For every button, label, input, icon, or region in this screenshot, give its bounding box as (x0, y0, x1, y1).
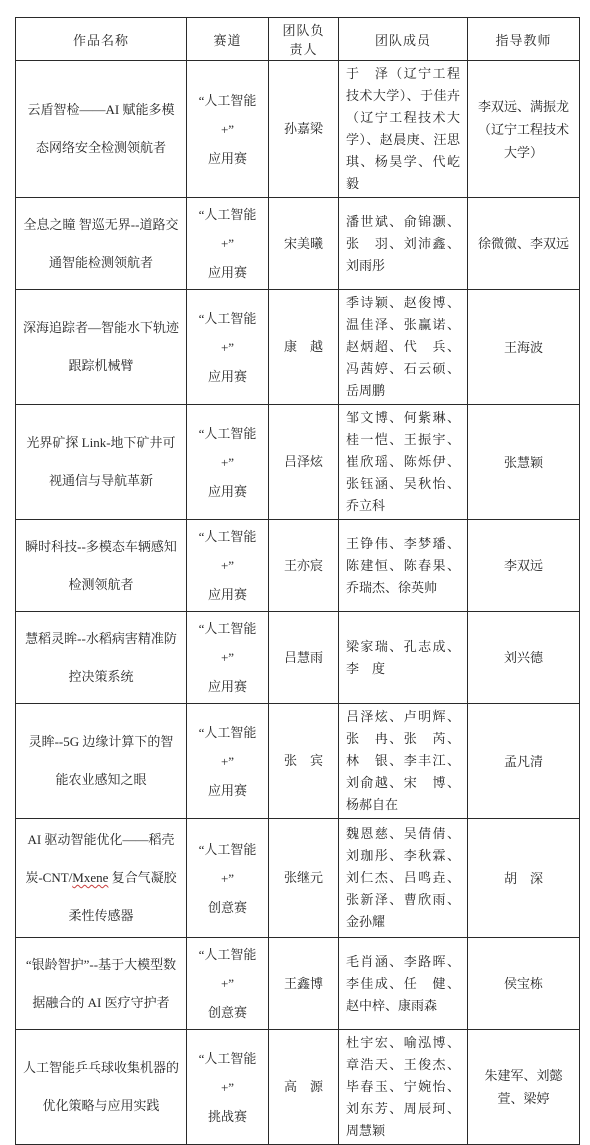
team-members-cell: 潘世斌、俞锦灏、张 羽、刘沛鑫、刘雨彤 (339, 198, 468, 290)
track-line: “人工智能+” (194, 614, 261, 672)
team-leader-cell: 张 宾 (269, 704, 339, 819)
work-name-cell: 慧稻灵眸--水稻病害精准防控决策系统 (16, 612, 187, 704)
track-line: “人工智能+” (194, 1044, 261, 1102)
table-row: 全息之瞳 智巡无界--道路交通智能检测领航者“人工智能+”应用赛宋美曦潘世斌、俞… (16, 198, 580, 290)
work-name-cell: 瞬时科技--多模态车辆感知检测领航者 (16, 520, 187, 612)
track-cell: “人工智能+”创意赛 (187, 819, 269, 938)
track-line: 创意赛 (194, 998, 261, 1027)
column-header-track: 赛道 (187, 18, 269, 61)
work-name-cell: 人工智能乒乓球收集机器的优化策略与应用实践 (16, 1030, 187, 1145)
track-line: 应用赛 (194, 144, 261, 173)
track-line: 应用赛 (194, 776, 261, 805)
track-cell: “人工智能+”应用赛 (187, 704, 269, 819)
team-members-cell: 吕泽炫、卢明辉、张 冉、张 芮、林 银、李丰江、刘俞越、宋 博、杨郝自在 (339, 704, 468, 819)
track-cell: “人工智能+”应用赛 (187, 405, 269, 520)
track-line: “人工智能+” (194, 835, 261, 893)
team-leader-cell: 王鑫博 (269, 938, 339, 1030)
track-line: “人工智能+” (194, 419, 261, 477)
team-leader-cell: 宋美曦 (269, 198, 339, 290)
track-cell: “人工智能+”应用赛 (187, 61, 269, 198)
advisor-cell: 胡 深 (468, 819, 580, 938)
work-name-cell: 全息之瞳 智巡无界--道路交通智能检测领航者 (16, 198, 187, 290)
table-row: “银龄智护”--基于大模型数据融合的 AI 医疗守护者“人工智能+”创意赛王鑫博… (16, 938, 580, 1030)
table-row: 慧稻灵眸--水稻病害精准防控决策系统“人工智能+”应用赛吕慧雨梁家瑞、孔志成、李… (16, 612, 580, 704)
table-row: 人工智能乒乓球收集机器的优化策略与应用实践“人工智能+”挑战赛高 源杜宇宏、喻泓… (16, 1030, 580, 1145)
team-members-cell: 毛肖涵、李路晖、李佳成、任 健、赵中梓、康雨森 (339, 938, 468, 1030)
track-line: “人工智能+” (194, 522, 261, 580)
advisor-cell: 朱建军、刘懿萱、梁婷 (468, 1030, 580, 1145)
column-header-team-leader: 团队负责人 (269, 18, 339, 61)
track-cell: “人工智能+”应用赛 (187, 612, 269, 704)
track-line: “人工智能+” (194, 304, 261, 362)
work-name-cell: AI 驱动智能优化——稻壳炭-CNT/Mxene 复合气凝胶柔性传感器 (16, 819, 187, 938)
work-name-cell: 灵眸--5G 边缘计算下的智能农业感知之眼 (16, 704, 187, 819)
team-members-cell: 梁家瑞、孔志成、李 度 (339, 612, 468, 704)
team-members-cell: 杜宇宏、喻泓博、章浩天、王俊杰、毕春玉、宁婉怡、刘东芳、周辰珂、周慧颖 (339, 1030, 468, 1145)
team-members-cell: 王铮伟、李梦璠、陈建恒、陈春果、乔瑞杰、徐英帅 (339, 520, 468, 612)
table-row: 灵眸--5G 边缘计算下的智能农业感知之眼“人工智能+”应用赛张 宾吕泽炫、卢明… (16, 704, 580, 819)
team-leader-cell: 吕慧雨 (269, 612, 339, 704)
track-cell: “人工智能+”挑战赛 (187, 1030, 269, 1145)
track-cell: “人工智能+”应用赛 (187, 198, 269, 290)
track-line: “人工智能+” (194, 940, 261, 998)
team-members-cell: 邹文博、何紫琳、桂一恺、王振宇、崔欣瑶、陈烁伊、张钰涵、吴秋怡、乔立科 (339, 405, 468, 520)
track-line: 创意赛 (194, 893, 261, 922)
table-row: 瞬时科技--多模态车辆感知检测领航者“人工智能+”应用赛王亦宸王铮伟、李梦璠、陈… (16, 520, 580, 612)
track-line: 应用赛 (194, 258, 261, 287)
work-name-cell: 光界矿探 Link-地下矿井可视通信与导航革新 (16, 405, 187, 520)
table-row: 云盾智检——AI 赋能多模态网络安全检测领航者“人工智能+”应用赛孙嘉梁于 泽（… (16, 61, 580, 198)
team-leader-cell: 康 越 (269, 290, 339, 405)
track-line: 应用赛 (194, 477, 261, 506)
table-row: 光界矿探 Link-地下矿井可视通信与导航革新“人工智能+”应用赛吕泽炫邹文博、… (16, 405, 580, 520)
work-name-cell: 云盾智检——AI 赋能多模态网络安全检测领航者 (16, 61, 187, 198)
team-leader-cell: 吕泽炫 (269, 405, 339, 520)
track-line: 应用赛 (194, 672, 261, 701)
advisor-cell: 李双远、满振龙（辽宁工程技术大学） (468, 61, 580, 198)
track-cell: “人工智能+”应用赛 (187, 290, 269, 405)
advisor-cell: 王海波 (468, 290, 580, 405)
work-name-cell: 深海追踪者—智能水下轨迹跟踪机械臂 (16, 290, 187, 405)
team-leader-cell: 孙嘉梁 (269, 61, 339, 198)
column-header-team-members: 团队成员 (339, 18, 468, 61)
team-leader-cell: 高 源 (269, 1030, 339, 1145)
column-header-advisor: 指导教师 (468, 18, 580, 61)
track-line: 挑战赛 (194, 1102, 261, 1131)
work-name-cell: “银龄智护”--基于大模型数据融合的 AI 医疗守护者 (16, 938, 187, 1030)
advisor-cell: 张慧颖 (468, 405, 580, 520)
team-members-cell: 于 泽（辽宁工程技术大学）、于佳卉（辽宁工程技术大学）、赵晨庚、汪思琪、杨昊学、… (339, 61, 468, 198)
table-row: 深海追踪者—智能水下轨迹跟踪机械臂“人工智能+”应用赛康 越季诗颖、赵俊博、温佳… (16, 290, 580, 405)
track-cell: “人工智能+”创意赛 (187, 938, 269, 1030)
table-header-row: 作品名称 赛道 团队负责人 团队成员 指导教师 (16, 18, 580, 61)
advisor-cell: 孟凡清 (468, 704, 580, 819)
advisor-cell: 李双远 (468, 520, 580, 612)
team-leader-cell: 王亦宸 (269, 520, 339, 612)
advisor-cell: 徐微微、李双远 (468, 198, 580, 290)
track-line: 应用赛 (194, 580, 261, 609)
misspelled-word: Mxene (72, 870, 108, 885)
competition-roster-table: 作品名称 赛道 团队负责人 团队成员 指导教师 云盾智检——AI 赋能多模态网络… (15, 17, 580, 1145)
team-leader-cell: 张继元 (269, 819, 339, 938)
advisor-cell: 刘兴德 (468, 612, 580, 704)
track-cell: “人工智能+”应用赛 (187, 520, 269, 612)
track-line: “人工智能+” (194, 718, 261, 776)
table-body: 云盾智检——AI 赋能多模态网络安全检测领航者“人工智能+”应用赛孙嘉梁于 泽（… (16, 61, 580, 1145)
track-line: 应用赛 (194, 362, 261, 391)
team-members-cell: 季诗颖、赵俊博、温佳泽、张赢诺、赵炳超、代 兵、冯茜婷、石云硕、岳周鹏 (339, 290, 468, 405)
track-line: “人工智能+” (194, 200, 261, 258)
track-line: “人工智能+” (194, 86, 261, 144)
advisor-cell: 侯宝栋 (468, 938, 580, 1030)
team-members-cell: 魏恩慈、吴倩倩、刘珈彤、李秋霖、刘仁杰、吕鸣垚、张新泽、曹欣雨、金孙耀 (339, 819, 468, 938)
table-row: AI 驱动智能优化——稻壳炭-CNT/Mxene 复合气凝胶柔性传感器“人工智能… (16, 819, 580, 938)
column-header-work-name: 作品名称 (16, 18, 187, 61)
